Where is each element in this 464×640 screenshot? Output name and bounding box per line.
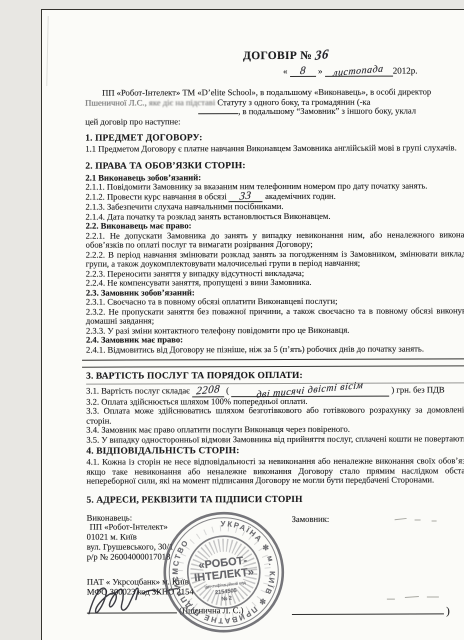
date-day-blank: 8	[290, 66, 316, 77]
customer-signature-line	[292, 614, 444, 616]
company-seal: УКРАЇНА ✻ м. КИЇВ ✻ ПРИВАТНЕ ПІДПРИЄМСТВ…	[154, 502, 293, 640]
amount-blank: 2208	[192, 386, 224, 397]
clause-3-1-post: ) грн. без ПДВ	[391, 384, 444, 394]
clause-2-2-1: 2.2.1. Не допускати Замовника до занять …	[86, 230, 464, 250]
page-break-line-thick	[82, 358, 464, 360]
handwritten-contract-number: 36	[315, 50, 329, 60]
date-open-quote: «	[283, 66, 288, 76]
pencil-mark	[387, 598, 395, 599]
intro-line3-text: , в подальшому “Замовник” з іншого боку,…	[238, 106, 416, 117]
seal-id-number: 2154505	[215, 587, 237, 595]
seal-graphic: УКРАЇНА ✻ м. КИЇВ ✻ ПРИВАТНЕ ПІДПРИЄМСТВ…	[154, 502, 293, 640]
customer-paren: )	[446, 606, 450, 618]
faded-statute-text: яке діє на підставі	[149, 97, 215, 107]
handwritten-hours: 33	[240, 191, 253, 200]
faded-director-name: Пшеничної Л.С.,	[85, 97, 147, 107]
paper-sheet: ДОГОВІР № 36 « 8 » листопада2012р. ПП «Р…	[41, 9, 464, 640]
pencil-mark	[415, 519, 421, 520]
clause-3-1-paren-open: (	[226, 385, 229, 395]
title-label: ДОГОВІР №	[243, 50, 312, 62]
clause-2-1-2-post: академічних годин.	[265, 190, 336, 200]
customer-column: Замовник: )	[292, 514, 464, 618]
clause-3-1-pre: 3.1. Вартість послуг складає	[86, 385, 190, 395]
handwritten-amount: 2208	[196, 385, 221, 395]
clause-2-3-2: 2.3.2. Не пропускати заняття без поважно…	[86, 306, 464, 326]
section-2-heading: 2. ПРАВА ТА ОБОВ’ЯЗКИ СТОРІН:	[85, 160, 464, 172]
handwritten-month: листопада	[333, 65, 384, 78]
customer-label: Замовник:	[292, 514, 464, 525]
clause-3-5: 3.5. У випадку односторонньої відмови За…	[86, 434, 464, 445]
contract-content: ДОГОВІР № 36 « 8 » листопада2012р. ПП «Р…	[85, 49, 464, 640]
seal-number: № 2	[221, 595, 232, 602]
clause-3-1: 3.1. Вартість послуг складає 2208 ( дві …	[86, 385, 464, 397]
intro-paragraph: ПП «Робот-Інтелект» ТМ «D’elite School»,…	[85, 87, 464, 126]
clause-2-4-1: 2.4.1. Відмовитись від Договору не пізні…	[86, 344, 464, 355]
date-month-blank: листопада	[325, 66, 393, 77]
handwritten-day: 8	[299, 67, 306, 76]
page-break-line-thin	[82, 365, 464, 367]
clause-1-1: 1.1 Предметом Договору є платне навчання…	[85, 143, 464, 154]
page-edge-shadow	[46, 16, 48, 86]
clause-4-1: 4.1. Кожна із сторін не несе відповідаль…	[86, 456, 464, 486]
clause-2-1-2-pre: 2.1.2. Провести курс навчання в обсязі	[85, 191, 226, 201]
date-close-quote: »	[318, 66, 323, 76]
intro-line: цей договір про наступне:	[85, 116, 464, 127]
date-year: 2012р.	[393, 66, 418, 76]
customer-signature-row: )	[292, 608, 464, 619]
contract-date-line: « 8 » листопада2012р.	[85, 65, 464, 77]
section-3-heading: 3. ВАРТІСТЬ ПОСЛУГ ТА ПОРЯДОК ОПЛАТИ:	[86, 370, 464, 384]
pencil-mark	[427, 596, 439, 597]
customer-name-blank	[198, 113, 238, 114]
amount-words-blank: дві тисячі двісті вісім	[231, 386, 389, 397]
requisites-block: Виконавець: ПП «Робот-Інтелект» 01021 м.…	[87, 512, 464, 640]
pencil-mark	[432, 520, 437, 521]
clause-3-3: 3.3. Оплата може здійснюватись шляхом бе…	[86, 405, 464, 425]
scanned-contract-page: ДОГОВІР № 36 « 8 » листопада2012р. ПП «Р…	[0, 0, 464, 640]
contract-title: ДОГОВІР № 36	[85, 49, 464, 62]
clause-2-2-2: 2.2.2. В період навчання змінювати розкл…	[86, 249, 464, 269]
